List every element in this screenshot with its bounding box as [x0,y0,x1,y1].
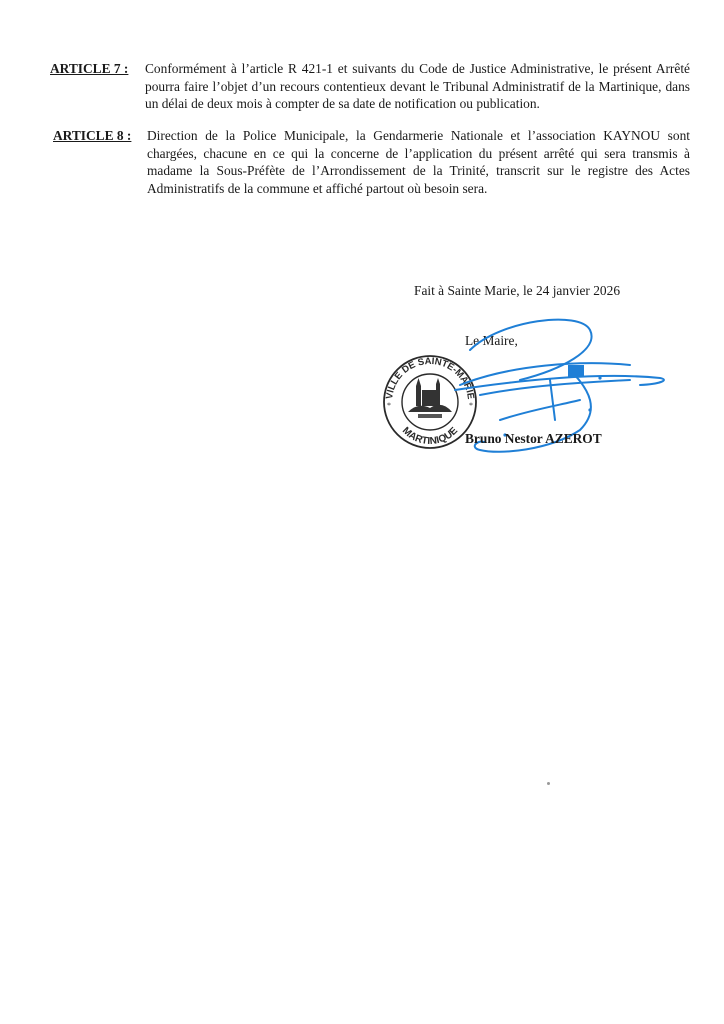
article-8-text: Direction de la Police Municipale, la Ge… [147,127,690,197]
svg-text:*: * [387,401,391,410]
article-7: ARTICLE 7 : Conformément à l’article R 4… [50,60,690,113]
place-date: Fait à Sainte Marie, le 24 janvier 2026 [414,283,620,299]
signer-name: Bruno Nestor AZEROT [465,431,602,447]
article-7-label: ARTICLE 7 : [50,60,128,78]
article-8-label: ARTICLE 8 : [53,127,131,145]
article-7-text: Conformément à l’article R 421-1 et suiv… [145,60,690,113]
scan-speck [547,782,550,785]
article-8: ARTICLE 8 : Direction de la Police Munic… [53,127,690,197]
